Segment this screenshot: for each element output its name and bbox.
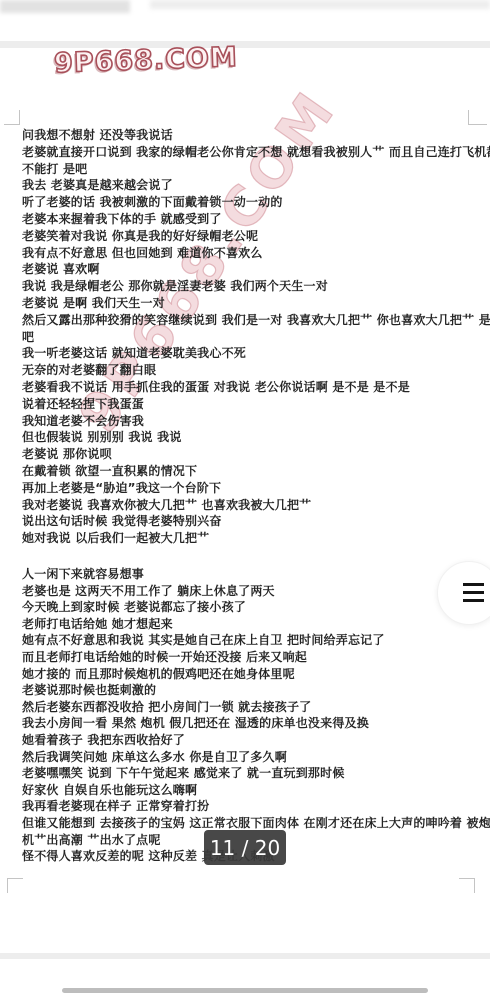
text-line: 然后我调笑问她 床单这么多水 你是自卫了多久啊: [22, 749, 490, 766]
text-line: 无奈的对老婆翻了翻白眼: [22, 362, 490, 379]
text-line: 老婆看我不说话 用手抓住我的蛋蛋 对我说 老公你说话啊 是不是 是不是: [22, 379, 490, 396]
crop-mark-bottom-left: [7, 878, 23, 893]
text-line: 我去小房间一看 果然 炮机 假几把还在 湿透的床单也没来得及换: [22, 715, 490, 732]
text-line: 她看着孩子 我把东西收拾好了: [22, 732, 490, 749]
crop-mark-top-right: [468, 110, 487, 125]
crop-mark-bottom-right: [459, 878, 475, 893]
text-line: 老婆说 是啊 我们天生一对: [22, 295, 490, 312]
text-line: 她有点不好意思和我说 其实是她自己在床上自卫 把时间给弄忘记了: [22, 632, 490, 649]
text-line: 吧: [22, 329, 490, 346]
text-line: 我对老婆说 我喜欢你被大几把艹 也喜欢我被大几把艹: [22, 497, 490, 514]
text-line: 我一听老婆这话 就知道老婆耽美我心不死: [22, 345, 490, 362]
text-line: 我说 我是绿帽老公 那你就是淫妻老婆 我们两个天生一对: [22, 278, 490, 295]
story-text-section-2: 人一闲下来就容易想事老婆也是 这两天不用工作了 躺床上休息了两天今天晚上到家时候…: [22, 566, 490, 865]
reader-screen: 9P668.COM 9P668.COM 问我想不想射 还没等我说话老婆就直接开口…: [0, 0, 490, 1000]
text-line: 而且老师打电话给她的时候一开始还没接 后来又响起: [22, 649, 490, 666]
text-line: 老婆笑着对我说 你真是我的好好绿帽老公呢: [22, 228, 490, 245]
site-watermark-header: 9P668.COM: [54, 42, 239, 79]
text-line: 她才接的 而且那时候炮机的假鸡吧还在她身体里呢: [22, 666, 490, 683]
story-text-section-1: 问我想不想射 还没等我说话老婆就直接开口说到 我家的绿帽老公你肯定不想 就想看我…: [22, 127, 490, 547]
text-line: 老婆说 那你说呗: [22, 446, 490, 463]
text-line: 老婆嘿嘿笑 说到 下午午觉起来 感觉来了 就一直玩到那时候: [22, 765, 490, 782]
text-line: 但也假装说 别别别 我说 我说: [22, 429, 490, 446]
text-line: 她对我说 以后我们一起被大几把艹: [22, 530, 490, 547]
text-line: 好家伙 自娱自乐也能玩这么嗨啊: [22, 782, 490, 799]
text-line: 说出这句话时候 我觉得老婆特别兴奋: [22, 513, 490, 530]
text-line: 老师打电话给她 她才想起来: [22, 616, 490, 633]
text-line: 老婆也是 这两天不用工作了 躺床上休息了两天: [22, 583, 490, 600]
statusbar-ghost-right: [150, 0, 490, 9]
text-line: 我有点不好意思 但也回她到 难道你不喜欢么: [22, 245, 490, 262]
text-line: 今天晚上到家时候 老婆说都忘了接小孩了: [22, 599, 490, 616]
text-line: 我去 老婆真是越来越会说了: [22, 177, 490, 194]
text-line: 人一闲下来就容易想事: [22, 566, 490, 583]
text-line: 问我想不想射 还没等我说话: [22, 127, 490, 144]
text-line: 听了老婆的话 我被刺激的下面戴着锁一动一动的: [22, 194, 490, 211]
text-line: 在戴着锁 欲望一直积累的情况下: [22, 463, 490, 480]
text-line: 老婆就直接开口说到 我家的绿帽老公你肯定不想 就想看我被别人艹 而且自己连打飞机…: [22, 144, 490, 161]
text-line: 老婆本来握着我下体的手 就感受到了: [22, 211, 490, 228]
page-indicator-badge: 11 / 20: [204, 830, 286, 865]
statusbar-ghost-left: [0, 0, 130, 13]
page-separator-bottom: [0, 953, 490, 959]
text-line: 我再看老婆现在样子 正常穿着打扮: [22, 798, 490, 815]
reading-progress-bar[interactable]: [62, 988, 428, 993]
text-line: 再加上老婆是“胁迫”我这一个台阶下: [22, 480, 490, 497]
crop-mark-top-left: [4, 110, 20, 125]
text-line: 然后又露出那种狡猾的笑容继续说到 我们是一对 我喜欢大几把艹 你也喜欢大几把艹 …: [22, 312, 490, 329]
text-line: 说着还轻轻捏下我蛋蛋: [22, 396, 490, 413]
text-line: 老婆说 喜欢啊: [22, 261, 490, 278]
text-line: 我知道老婆不会伤害我: [22, 413, 490, 430]
text-line: 老婆说那时候也挺刺激的: [22, 682, 490, 699]
text-line: 然后老婆东西都没收拾 把小房间门一锁 就去接孩子了: [22, 699, 490, 716]
hamburger-menu-icon: [463, 583, 484, 602]
text-line: 但谁又能想到 去接孩子的宝妈 这正常衣服下面肉体 在刚才还在床上大声的呻吟着 被…: [22, 815, 490, 832]
text-line: 不能打 是吧: [22, 161, 490, 178]
